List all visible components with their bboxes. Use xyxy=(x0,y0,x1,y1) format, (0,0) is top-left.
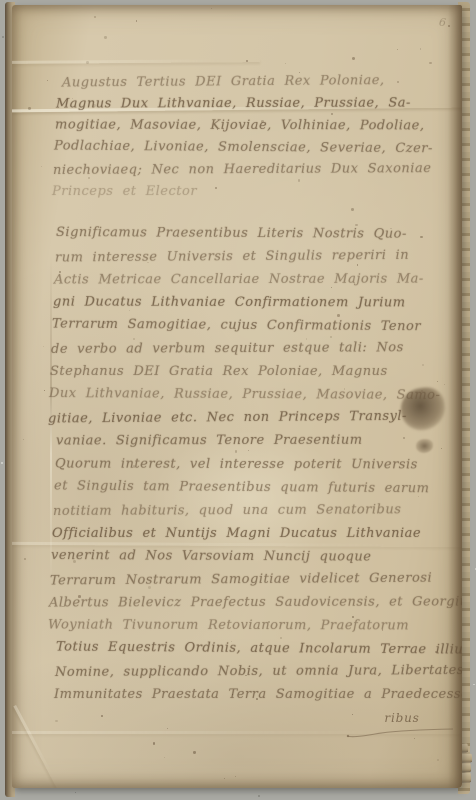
mat-noise-speck xyxy=(2,36,4,38)
manuscript-line: Nomine, supplicando Nobis, ut omnia Jura… xyxy=(55,664,459,679)
paper-speck xyxy=(153,742,156,745)
paper-speck xyxy=(167,728,168,729)
fold-crease xyxy=(12,59,260,64)
manuscript-line: Dux Lithvaniae, Russiae, Prussiae, Masov… xyxy=(49,387,453,402)
manuscript-line: Totius Equestris Ordinis, atque Incolaru… xyxy=(56,640,460,656)
paper-blemish xyxy=(152,430,347,565)
paper-speck xyxy=(444,384,445,385)
mat-noise-speck xyxy=(258,795,260,797)
paper-speck xyxy=(418,496,419,497)
manuscript-line: et Singulis tam Praesentibus quam futuri… xyxy=(54,479,458,495)
paper-speck xyxy=(246,60,248,62)
paper-speck xyxy=(101,715,103,717)
paper-speck xyxy=(28,107,30,109)
manuscript-line: Terrarum Samogitiae, cujus Confirmationi… xyxy=(52,318,456,334)
manuscript-line: Princeps et Elector xyxy=(52,185,456,198)
manuscript-line: Immunitates Praestata Terra Samogitiae a… xyxy=(54,688,458,701)
manuscript-line: Augustus Tertius DEI Gratia Rex Poloniae… xyxy=(62,74,462,90)
manuscript-line: gni Ducatus Lithvaniae Confirmationem Ju… xyxy=(53,296,457,310)
paper-speck xyxy=(24,558,26,560)
manuscript-page: 6 Augustus Tertius DEI Gratia Rex Poloni… xyxy=(12,5,462,788)
catchword-flourish-underline xyxy=(345,725,457,739)
paper-speck xyxy=(193,751,195,753)
corner-fold-crease xyxy=(13,705,60,788)
page-number: 6 xyxy=(438,16,446,30)
paper-speck xyxy=(211,8,212,9)
mat-noise-speck xyxy=(473,684,475,686)
manuscript-line: Quorum interest, vel interesse poterit U… xyxy=(55,457,459,471)
paper-speck xyxy=(104,36,106,38)
manuscript-line: de verbo ad verbum sequitur estque tali:… xyxy=(51,341,455,356)
paper-speck xyxy=(331,287,332,288)
paper-speck xyxy=(299,72,300,73)
mat-noise-speck xyxy=(75,792,76,793)
paper-speck xyxy=(337,314,340,317)
manuscript-line: mogitiae, Masoviae, Kijoviae, Volhiniae,… xyxy=(55,119,459,133)
mat-noise-speck xyxy=(1,462,3,464)
paper-speck xyxy=(437,759,439,761)
fold-crease xyxy=(12,542,462,547)
paper-speck xyxy=(41,166,42,167)
manuscript-line: Magnus Dux Lithvaniae, Russiae, Prussiae… xyxy=(56,97,460,111)
manuscript-line: venerint ad Nos Varsoviam Nuncij quoque xyxy=(51,549,455,564)
paper-speck xyxy=(437,381,439,383)
catchword: ribus xyxy=(342,711,462,725)
paper-speck xyxy=(23,439,24,440)
paper-speck xyxy=(429,62,431,64)
paper-speck xyxy=(285,63,286,64)
paper-speck xyxy=(133,338,135,340)
paper-speck xyxy=(441,448,442,449)
manuscript-line: Actis Metricae Cancellariae Nostrae Majo… xyxy=(54,273,458,287)
paper-speck xyxy=(43,346,44,347)
manuscript-line: Albertus Bielevicz Praefectus Saudovicen… xyxy=(49,595,453,609)
paper-speck xyxy=(330,336,332,338)
paper-speck xyxy=(44,390,45,391)
paper-speck xyxy=(448,25,450,27)
paper-speck xyxy=(94,16,96,18)
manuscript-line: notitiam habituris, quod una cum Senator… xyxy=(53,503,457,518)
paper-speck xyxy=(351,208,354,211)
paper-speck xyxy=(331,113,333,115)
manuscript-line: Officialibus et Nuntijs Magni Ducatus Li… xyxy=(52,527,456,540)
paper-speck xyxy=(352,57,355,60)
paper-speck xyxy=(55,720,58,723)
manuscript-line: Stephanus DEI Gratia Rex Poloniae, Magnu… xyxy=(50,365,454,378)
paper-speck xyxy=(164,757,165,758)
manuscript-line: vaniae. Significamus Tenore Praesentium xyxy=(56,434,460,448)
manuscript-line: Woyniath Tivunorum Retovianorum, Praefat… xyxy=(48,618,452,632)
manuscript-line: niechoviaeq; Nec non Haereditarius Dux S… xyxy=(53,162,457,177)
paper-speck xyxy=(129,310,130,311)
paper-speck xyxy=(397,49,398,50)
manuscript-line: Terrarum Nostrarum Samogitiae videlicet … xyxy=(50,571,454,587)
paper-speck xyxy=(235,776,236,777)
manuscript-line: Significamus Praesentibus Literis Nostri… xyxy=(56,226,460,241)
paper-speck xyxy=(298,179,300,181)
paper-speck xyxy=(136,20,138,22)
paper-speck xyxy=(86,61,89,64)
manuscript-line: Podlachiae, Livoniae, Smolensciae, Sever… xyxy=(54,140,458,156)
paper-speck xyxy=(357,264,359,266)
scanned-manuscript: { "colors":{ "mat_background":"#a9a9a3",… xyxy=(0,0,476,800)
manuscript-line: gitiae, Livoniae etc. Nec non Princeps T… xyxy=(48,410,452,426)
manuscript-line: rum interesse Universis et Singulis repe… xyxy=(55,249,459,265)
paper-speck xyxy=(280,637,282,639)
paper-speck xyxy=(47,80,48,81)
paper-speck xyxy=(306,338,307,339)
paper-speck xyxy=(235,450,237,452)
paper-speck xyxy=(420,48,422,50)
paper-speck xyxy=(224,778,225,779)
paper-speck xyxy=(248,450,250,452)
